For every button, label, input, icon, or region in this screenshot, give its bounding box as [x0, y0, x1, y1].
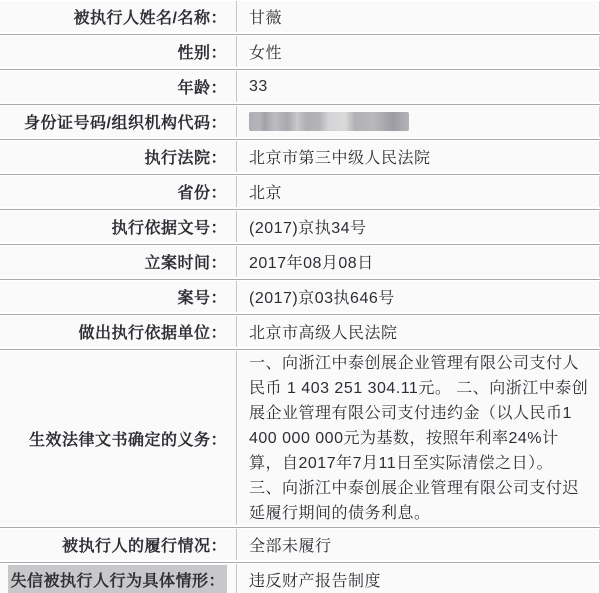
row-label-text: 执行依据文号： — [111, 215, 227, 238]
row-value: 33 — [237, 71, 600, 102]
row-value: (2017)京03执646号 — [237, 281, 600, 312]
row-value-text: 全部未履行 — [249, 533, 332, 556]
row-value-text: (2017)京执34号 — [249, 215, 367, 238]
row-value: 2017年08月08日 — [237, 246, 600, 277]
table-row-basis-issuing-unit: 做出执行依据单位： 北京市高级人民法院 — [0, 316, 600, 347]
row-label-text: 被执行人姓名/名称： — [74, 5, 227, 28]
table-row-province: 省份： 北京 — [0, 176, 600, 207]
row-label-text: 被执行人的履行情况： — [62, 533, 227, 556]
row-label-text: 性别： — [177, 40, 227, 63]
table-row-case-number: 案号： (2017)京03执646号 — [0, 281, 600, 312]
row-label-text: 年龄： — [177, 75, 227, 98]
row-value: 全部未履行 — [237, 529, 600, 560]
row-label: 身份证号码/组织机构代码： — [0, 106, 237, 137]
row-value: 女性 — [237, 36, 600, 67]
row-value-text: 违反财产报告制度 — [249, 568, 381, 591]
row-value-text: 北京 — [249, 180, 282, 203]
row-label: 年龄： — [0, 71, 237, 102]
row-value: 违反财产报告制度 — [237, 564, 600, 593]
row-label: 执行法院： — [0, 141, 237, 172]
row-value: 北京市第三中级人民法院 — [237, 141, 600, 172]
table-row-dishonesty-conduct: 失信被执行人行为具体情形： 违反财产报告制度 — [0, 564, 600, 593]
row-value-text: 一、向浙江中泰创展企业管理有限公司支付人民币 1 403 251 304.11元… — [249, 351, 591, 526]
row-label-text: 生效法律文书确定的义务： — [29, 427, 227, 450]
row-label-text: 做出执行依据单位： — [78, 320, 227, 343]
row-value: (2017)京执34号 — [237, 211, 600, 242]
row-value: 北京市高级人民法院 — [237, 316, 600, 347]
row-label: 性别： — [0, 36, 237, 67]
row-label-text: 省份： — [177, 180, 227, 203]
row-label-text: 身份证号码/组织机构代码： — [24, 110, 227, 133]
row-label-text: 执行法院： — [144, 145, 227, 168]
table-row-id-number: 身份证号码/组织机构代码： — [0, 106, 600, 137]
table-row-performance-status: 被执行人的履行情况： 全部未履行 — [0, 529, 600, 560]
row-value: 甘薇 — [237, 1, 600, 32]
row-label-text-highlighted: 失信被执行人行为具体情形： — [8, 565, 227, 593]
row-value-text: 女性 — [249, 40, 282, 63]
row-value-text: 北京市高级人民法院 — [249, 320, 398, 343]
redacted-id-value — [249, 112, 409, 131]
row-label: 做出执行依据单位： — [0, 316, 237, 347]
row-label: 被执行人姓名/名称： — [0, 1, 237, 32]
row-label: 被执行人的履行情况： — [0, 529, 237, 560]
table-row-gender: 性别： 女性 — [0, 36, 600, 67]
row-label: 立案时间： — [0, 246, 237, 277]
row-label: 执行依据文号： — [0, 211, 237, 242]
row-value-text: 甘薇 — [249, 5, 282, 28]
row-value — [237, 106, 600, 137]
row-value-text: 北京市第三中级人民法院 — [249, 145, 431, 168]
table-row-basis-doc-number: 执行依据文号： (2017)京执34号 — [0, 211, 600, 242]
table-row-age: 年龄： 33 — [0, 71, 600, 102]
row-label: 案号： — [0, 281, 237, 312]
row-value-text: 33 — [249, 78, 268, 96]
row-label-text: 立案时间： — [144, 250, 227, 273]
table-row-name: 被执行人姓名/名称： 甘薇 — [0, 1, 600, 32]
row-value-text: 2017年08月08日 — [249, 250, 374, 273]
row-label: 生效法律文书确定的义务： — [0, 351, 237, 525]
row-label: 省份： — [0, 176, 237, 207]
table-row-filing-date: 立案时间： 2017年08月08日 — [0, 246, 600, 277]
row-value-text: (2017)京03执646号 — [249, 285, 395, 308]
row-value: 北京 — [237, 176, 600, 207]
row-label: 失信被执行人行为具体情形： — [0, 564, 237, 593]
row-label-text: 案号： — [177, 285, 227, 308]
row-value: 一、向浙江中泰创展企业管理有限公司支付人民币 1 403 251 304.11元… — [237, 351, 600, 525]
enforcement-info-table: 被执行人姓名/名称： 甘薇 性别： 女性 年龄： 33 身份证号码/组织机构代码… — [0, 0, 600, 593]
table-row-court: 执行法院： 北京市第三中级人民法院 — [0, 141, 600, 172]
table-row-legal-obligations: 生效法律文书确定的义务： 一、向浙江中泰创展企业管理有限公司支付人民币 1 40… — [0, 351, 600, 525]
